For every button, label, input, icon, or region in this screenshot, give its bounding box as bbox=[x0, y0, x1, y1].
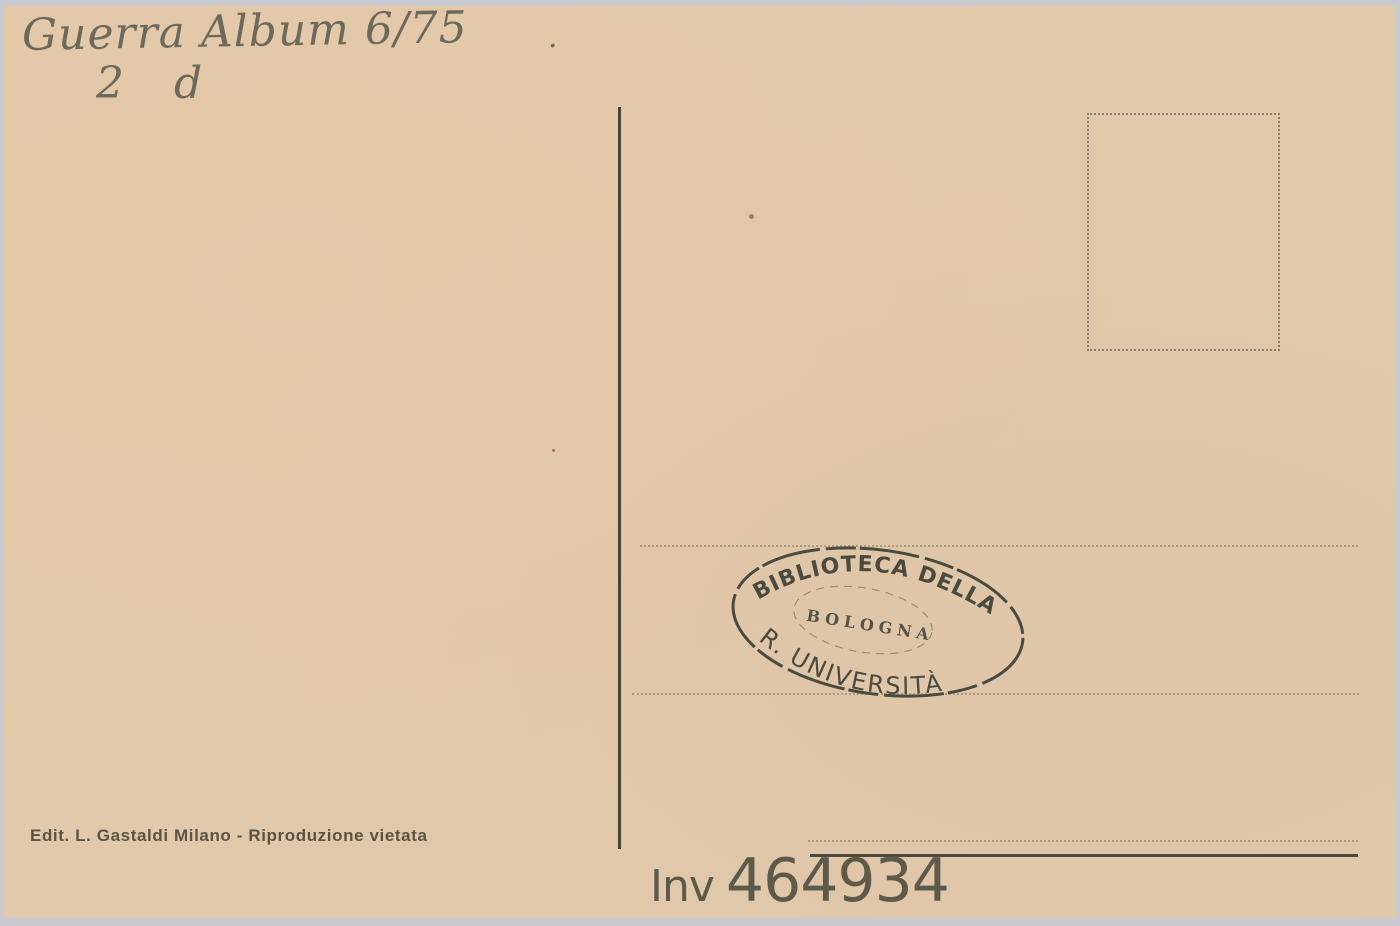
postage-stamp-box bbox=[1087, 113, 1280, 351]
inventory-value: 464934 bbox=[726, 846, 949, 916]
stamp-center-text: BOLOGNA bbox=[805, 606, 935, 645]
oval-stamp-icon: BIBLIOTECA DELLA BOLOGNA R. UNIVERSITÀ bbox=[728, 540, 1028, 700]
handwritten-dot: . bbox=[548, 20, 558, 55]
publisher-line: Edit. L. Gastaldi Milano - Riproduzione … bbox=[30, 826, 428, 846]
inventory-number: Inv464934 bbox=[650, 846, 949, 916]
paper-speck bbox=[552, 449, 555, 452]
svg-text:BIBLIOTECA DELLA: BIBLIOTECA DELLA bbox=[749, 552, 1002, 620]
inventory-prefix: Inv bbox=[650, 861, 714, 912]
library-stamp: BIBLIOTECA DELLA BOLOGNA R. UNIVERSITÀ bbox=[728, 540, 1028, 700]
vertical-divider bbox=[618, 107, 621, 849]
paper-speck bbox=[749, 214, 754, 219]
handwritten-note-line1: Guerra Album 6/75 bbox=[22, 2, 469, 61]
handwritten-note-line2: 2 d bbox=[96, 58, 220, 109]
stamp-top-text: BIBLIOTECA DELLA bbox=[749, 552, 1002, 620]
address-line-3 bbox=[808, 840, 1358, 842]
